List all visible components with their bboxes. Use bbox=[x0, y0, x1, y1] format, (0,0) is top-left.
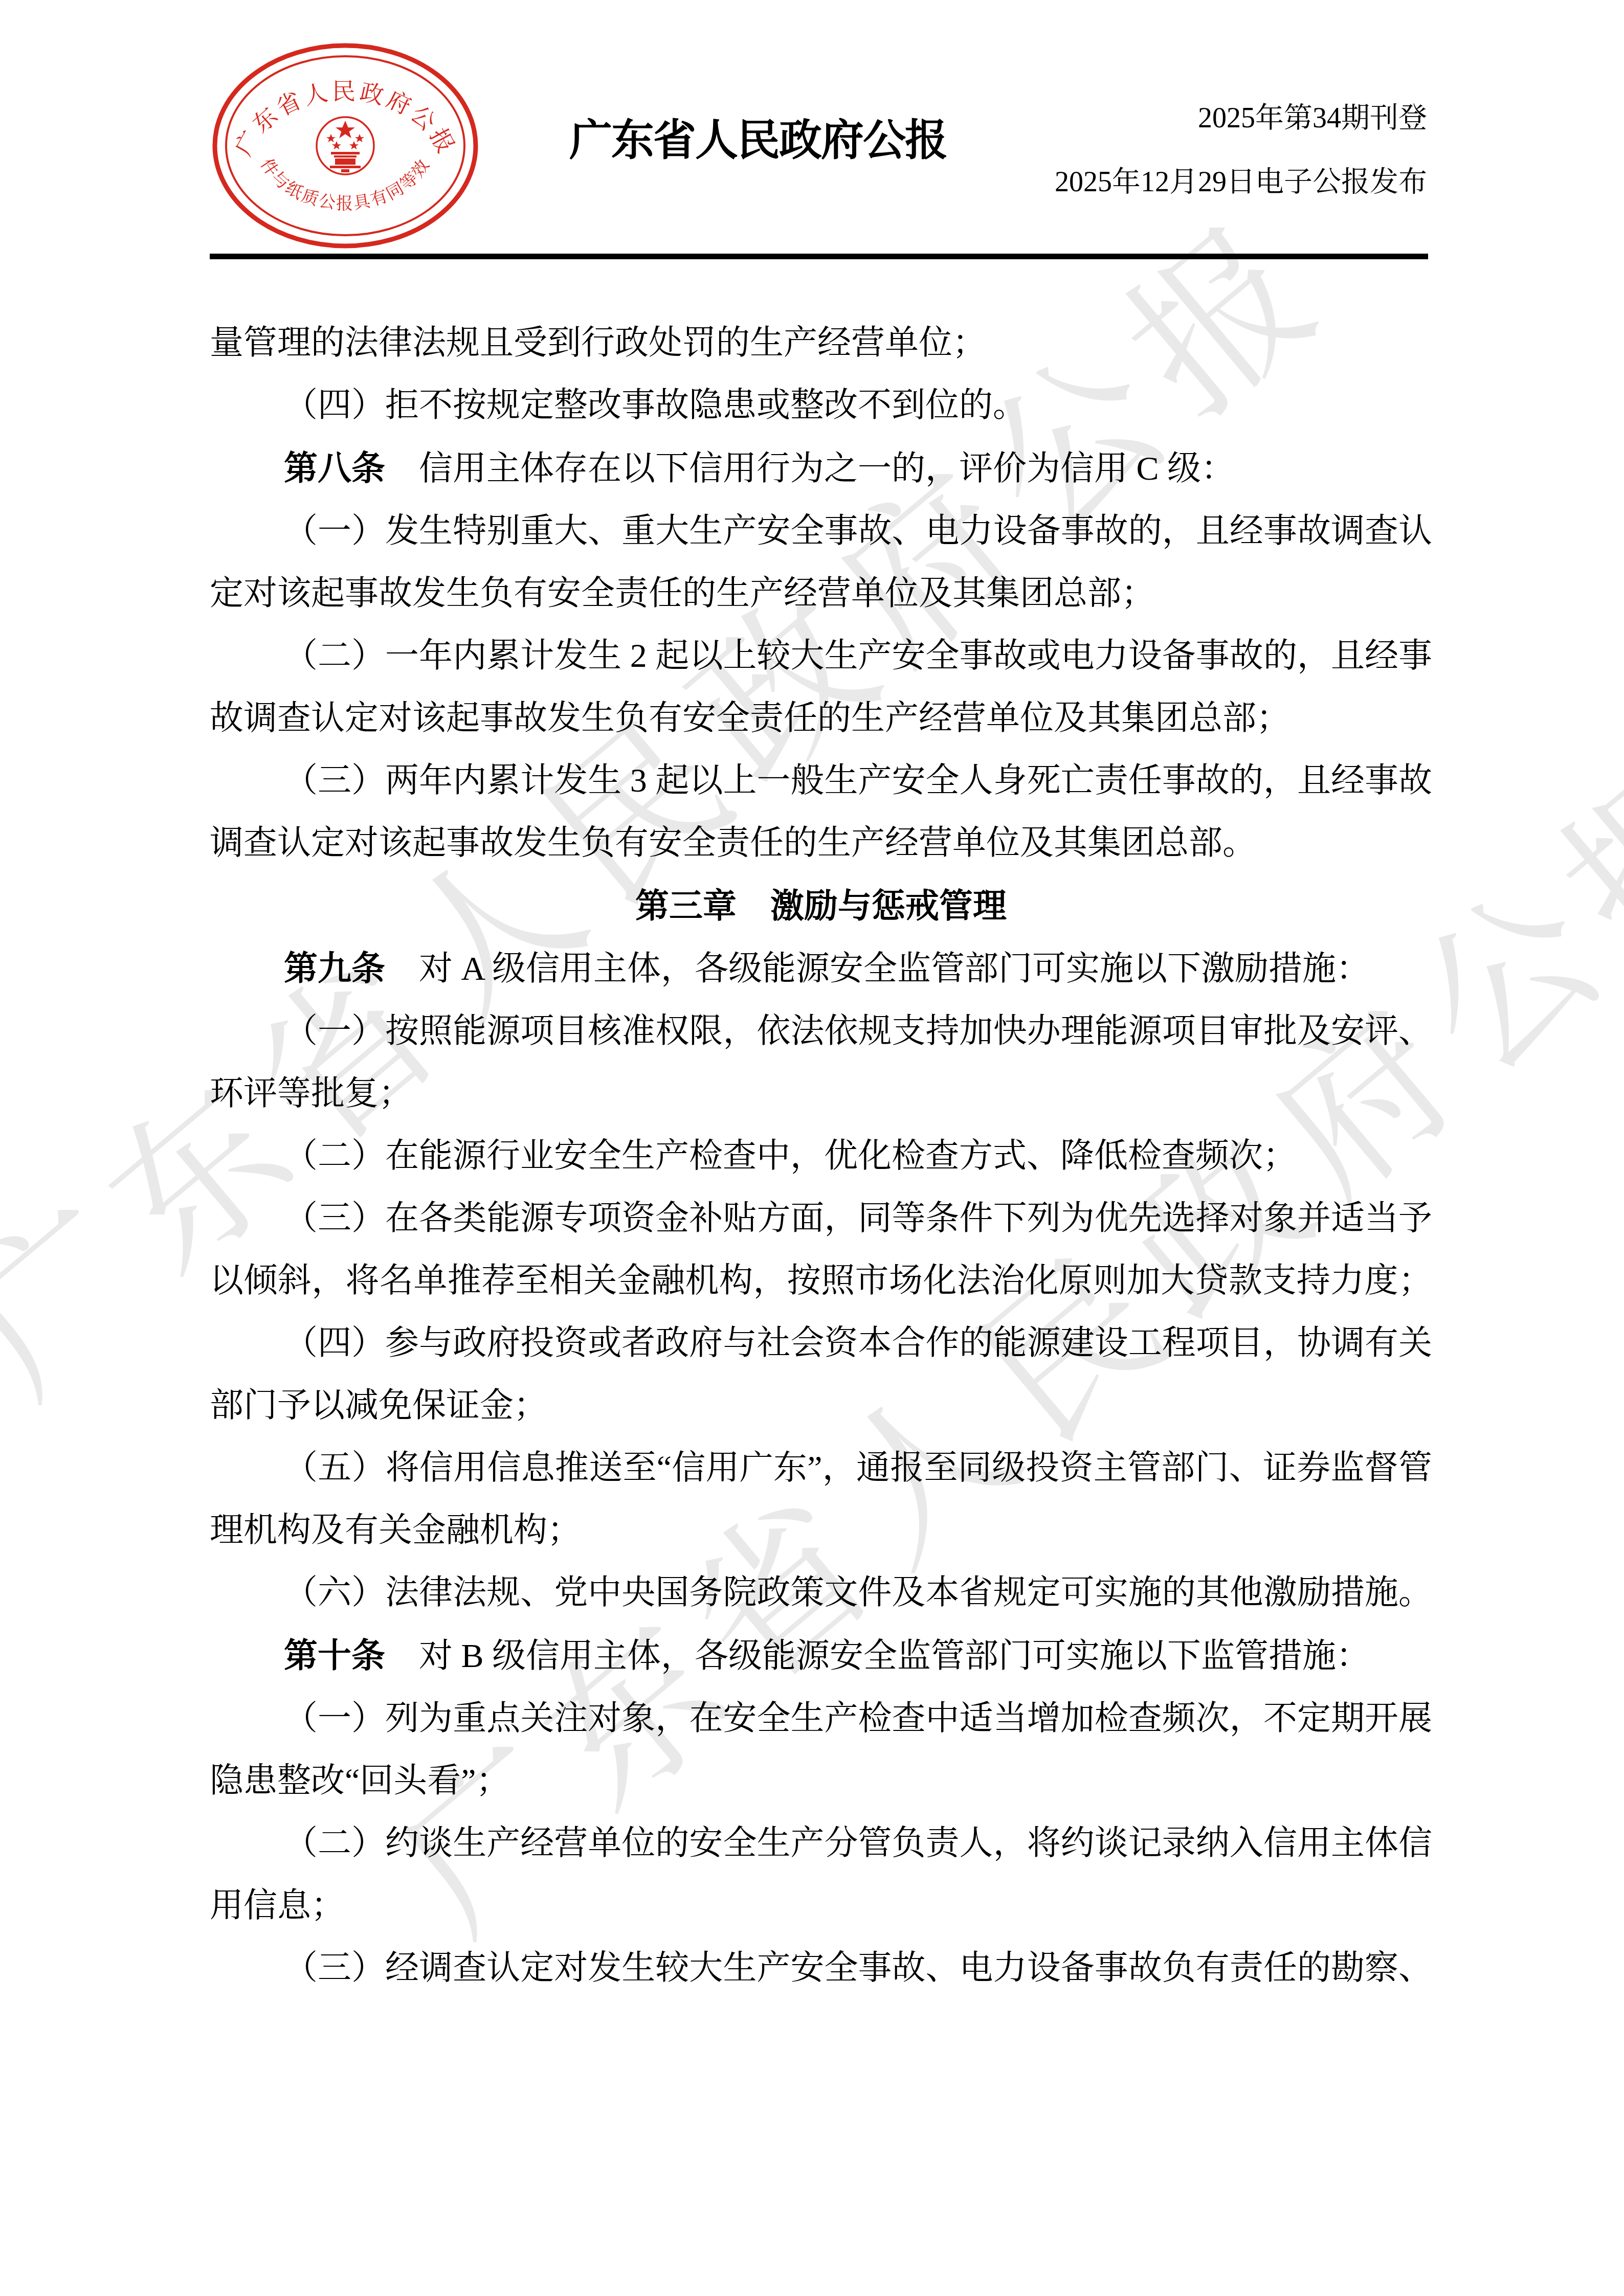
line-text: 定对该起事故发生负有安全责任的生产经营单位及其集团总部； bbox=[210, 575, 1155, 612]
line-text: （三）经调查认定对发生较大生产安全事故、电力设备事故负有责任的勘察、 bbox=[284, 1949, 1432, 1987]
seal-top-text: 广东省人民政府公报 bbox=[230, 78, 460, 160]
body-line: （一）按照能源项目核准权限，依法依规支持加快办理能源项目审批及安评、 bbox=[210, 1000, 1432, 1063]
body-line: 隐患整改“回头看”； bbox=[210, 1750, 1432, 1812]
publish-date-line: 2025年12月29日电子公报发布 bbox=[1055, 168, 1427, 196]
body-line: （二）在能源行业安全生产检查中，优化检查方式、降低检查频次； bbox=[210, 1125, 1432, 1187]
header-divider bbox=[210, 254, 1428, 259]
article-number: 第十条 bbox=[284, 1636, 385, 1674]
body-line: 量管理的法律法规且受到行政处罚的生产经营单位； bbox=[210, 312, 1432, 374]
line-text: 以倾斜，将名单推荐至相关金融机构，按照市场化法治化原则加大贷款支持力度； bbox=[210, 1262, 1432, 1299]
body-line: 调查认定对该起事故发生负有安全责任的生产经营单位及其集团总部。 bbox=[210, 812, 1432, 874]
body-line: （四）拒不按规定整改事故隐患或整改不到位的。 bbox=[210, 374, 1432, 437]
line-text: （六）法律法规、党中央国务院政策文件及本省规定可实施的其他激励措施。 bbox=[284, 1574, 1432, 1611]
line-text: （四）拒不按规定整改事故隐患或整改不到位的。 bbox=[284, 387, 1027, 424]
document-body: 量管理的法律法规且受到行政处罚的生产经营单位；（四）拒不按规定整改事故隐患或整改… bbox=[210, 312, 1432, 1999]
line-text: 环评等批复； bbox=[210, 1075, 412, 1112]
body-line: （三）两年内累计发生 3 起以上一般生产安全人身死亡责任事故的，且经事故 bbox=[210, 750, 1432, 812]
line-text: 第三章 激励与惩戒管理 bbox=[635, 887, 1007, 925]
line-text: 量管理的法律法规且受到行政处罚的生产经营单位； bbox=[210, 324, 986, 362]
body-line: 第九条 对 A 级信用主体，各级能源安全监管部门可实施以下激励措施： bbox=[210, 937, 1432, 1000]
article-number: 第九条 bbox=[284, 949, 385, 987]
national-emblem-icon bbox=[317, 117, 374, 174]
line-text: （四）参与政府投资或者政府与社会资本合作的能源建设工程项目，协调有关 bbox=[284, 1324, 1432, 1362]
gazette-page: 广东省人民政府公报 广东省人民政府公报 广东省人民政府公报 此件与纸质公报具有同… bbox=[0, 0, 1624, 2296]
body-line: 第八条 信用主体存在以下信用行为之一的，评价为信用 C 级： bbox=[210, 437, 1432, 500]
body-line: （二）约谈生产经营单位的安全生产分管负责人，将约谈记录纳入信用主体信 bbox=[210, 1812, 1432, 1875]
issue-number-line: 2025年第34期刊登 bbox=[1055, 104, 1427, 132]
body-line: （五）将信用信息推送至“信用广东”，通报至同级投资主管部门、证券监督管 bbox=[210, 1437, 1432, 1499]
body-line: 第三章 激励与惩戒管理 bbox=[210, 874, 1432, 937]
body-line: （六）法律法规、党中央国务院政策文件及本省规定可实施的其他激励措施。 bbox=[210, 1562, 1432, 1624]
line-text: （二）在能源行业安全生产检查中，优化检查方式、降低检查频次； bbox=[284, 1137, 1297, 1175]
line-text: （一）发生特别重大、重大生产安全事故、电力设备事故的，且经事故调查认 bbox=[284, 512, 1432, 550]
line-text: 用信息； bbox=[210, 1887, 345, 1924]
line-text: 调查认定对该起事故发生负有安全责任的生产经营单位及其集团总部。 bbox=[210, 824, 1256, 862]
gazette-title: 广东省人民政府公报 bbox=[569, 119, 947, 162]
publication-info: 2025年第34期刊登 2025年12月29日电子公报发布 bbox=[1055, 104, 1427, 196]
line-text: （三）两年内累计发生 3 起以上一般生产安全人身死亡责任事故的，且经事故 bbox=[284, 762, 1432, 799]
body-line: （三）经调查认定对发生较大生产安全事故、电力设备事故负有责任的勘察、 bbox=[210, 1937, 1432, 1999]
line-text: 故调查认定对该起事故发生负有安全责任的生产经营单位及其集团总部； bbox=[210, 700, 1290, 737]
line-text: 对 A 级信用主体，各级能源安全监管部门可实施以下激励措施： bbox=[385, 950, 1370, 987]
body-line: 第十条 对 B 级信用主体，各级能源安全监管部门可实施以下监管措施： bbox=[210, 1624, 1432, 1687]
line-text: （一）按照能源项目核准权限，依法依规支持加快办理能源项目审批及安评、 bbox=[284, 1012, 1432, 1050]
article-number: 第八条 bbox=[284, 449, 385, 487]
body-line: （一）列为重点关注对象，在安全生产检查中适当增加检查频次，不定期开展 bbox=[210, 1687, 1432, 1750]
line-text: 隐患整改“回头看”； bbox=[210, 1762, 510, 1799]
body-line: （二）一年内累计发生 2 起以上较大生产安全事故或电力设备事故的，且经事 bbox=[210, 625, 1432, 687]
body-line: 以倾斜，将名单推荐至相关金融机构，按照市场化法治化原则加大贷款支持力度； bbox=[210, 1250, 1432, 1312]
line-text: （二）约谈生产经营单位的安全生产分管负责人，将约谈记录纳入信用主体信 bbox=[284, 1825, 1432, 1862]
body-line: 用信息； bbox=[210, 1875, 1432, 1937]
line-text: 对 B 级信用主体，各级能源安全监管部门可实施以下监管措施： bbox=[385, 1637, 1370, 1675]
line-text: 理机构及有关金融机构； bbox=[210, 1512, 581, 1549]
body-line: （三）在各类能源专项资金补贴方面，同等条件下列为优先选择对象并适当予 bbox=[210, 1187, 1432, 1250]
body-line: （一）发生特别重大、重大生产安全事故、电力设备事故的，且经事故调查认 bbox=[210, 500, 1432, 562]
body-line: 环评等批复； bbox=[210, 1063, 1432, 1125]
line-text: 部门予以减免保证金； bbox=[210, 1387, 547, 1424]
official-seal: 广东省人民政府公报 此件与纸质公报具有同等效力 bbox=[211, 42, 479, 250]
line-text: 信用主体存在以下信用行为之一的，评价为信用 C 级： bbox=[385, 450, 1235, 487]
body-line: 定对该起事故发生负有安全责任的生产经营单位及其集团总部； bbox=[210, 562, 1432, 625]
body-line: （四）参与政府投资或者政府与社会资本合作的能源建设工程项目，协调有关 bbox=[210, 1312, 1432, 1375]
body-line: 部门予以减免保证金； bbox=[210, 1375, 1432, 1437]
body-line: 故调查认定对该起事故发生负有安全责任的生产经营单位及其集团总部； bbox=[210, 687, 1432, 750]
body-line: 理机构及有关金融机构； bbox=[210, 1499, 1432, 1562]
line-text: （一）列为重点关注对象，在安全生产检查中适当增加检查频次，不定期开展 bbox=[284, 1700, 1432, 1737]
line-text: （三）在各类能源专项资金补贴方面，同等条件下列为优先选择对象并适当予 bbox=[284, 1200, 1432, 1237]
line-text: （五）将信用信息推送至“信用广东”，通报至同级投资主管部门、证券监督管 bbox=[284, 1449, 1432, 1487]
line-text: （二）一年内累计发生 2 起以上较大生产安全事故或电力设备事故的，且经事 bbox=[284, 637, 1432, 674]
